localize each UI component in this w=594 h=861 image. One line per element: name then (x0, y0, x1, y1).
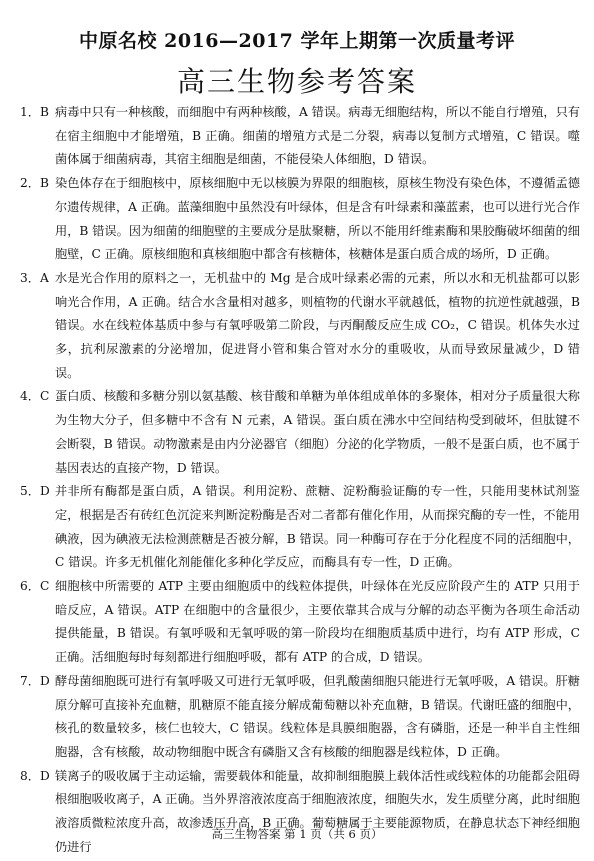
page-footer: 高三生物答案 第 1 页（共 6 页） (0, 826, 594, 842)
answer-item-8: 8．D 镁离子的吸收属于主动运输，需要载体和能量，故抑制细胞膜上载体活性或线粒体… (20, 765, 580, 860)
answer-explanation: 酵母菌细胞既可进行有氧呼吸又可进行无氧呼吸，但乳酸菌细胞只能进行无氧呼吸，A 错… (55, 674, 580, 759)
answer-explanation: 蛋白质、核酸和多糖分别以氨基酸、核苷酸和单糖为单体组成单体的多聚体，相对分子质量… (55, 389, 580, 474)
answer-list: 1．B 病毒中只有一种核酸，而细胞中有两种核酸，A 错误。病毒无细胞结构，所以不… (20, 101, 580, 860)
answer-explanation: 并非所有酶都是蛋白质，A 错误。利用淀粉、蔗糖、淀粉酶验证酶的专一性，只能用斐林… (55, 484, 580, 569)
answer-explanation: 病毒中只有一种核酸，而细胞中有两种核酸，A 错误。病毒无细胞结构，所以不能自行增… (55, 105, 580, 166)
answer-number: 6．C (20, 575, 55, 599)
answer-item-1: 1．B 病毒中只有一种核酸，而细胞中有两种核酸，A 错误。病毒无细胞结构，所以不… (20, 101, 580, 172)
answer-explanation: 染色体存在于细胞核中，原核细胞中无以核膜为界限的细胞核，原核生物没有染色体，不遵… (55, 176, 580, 261)
answer-number: 4．C (20, 385, 55, 409)
answer-number: 7．D (20, 670, 55, 694)
answer-number: 1．B (20, 101, 55, 125)
exam-title: 中原名校 2016—2017 学年上期第一次质量考评 (0, 26, 594, 53)
document-title: 高三生物参考答案 (0, 60, 594, 100)
answer-item-2: 2．B 染色体存在于细胞核中，原核细胞中无以核膜为界限的细胞核，原核生物没有染色… (20, 172, 580, 267)
answer-item-6: 6．C 细胞核中所需要的 ATP 主要由细胞质中的线粒体提供，叶绿体在光反应阶段… (20, 575, 580, 670)
answer-number: 5．D (20, 480, 55, 504)
answer-item-7: 7．D 酵母菌细胞既可进行有氧呼吸又可进行无氧呼吸，但乳酸菌细胞只能进行无氧呼吸… (20, 670, 580, 765)
answer-number: 3．A (20, 267, 55, 291)
answer-item-3: 3．A 水是光合作用的原料之一，无机盐中的 Mg 是合成叶绿素必需的元素，所以水… (20, 267, 580, 386)
answer-explanation: 细胞核中所需要的 ATP 主要由细胞质中的线粒体提供，叶绿体在光反应阶段产生的 … (55, 579, 580, 664)
answer-item-5: 5．D 并非所有酶都是蛋白质，A 错误。利用淀粉、蔗糖、淀粉酶验证酶的专一性，只… (20, 480, 580, 575)
answer-number: 8．D (20, 765, 55, 789)
answer-item-4: 4．C 蛋白质、核酸和多糖分别以氨基酸、核苷酸和单糖为单体组成单体的多聚体，相对… (20, 385, 580, 480)
answer-explanation: 水是光合作用的原料之一，无机盐中的 Mg 是合成叶绿素必需的元素，所以水和无机盐… (55, 271, 580, 380)
answer-number: 2．B (20, 172, 55, 196)
